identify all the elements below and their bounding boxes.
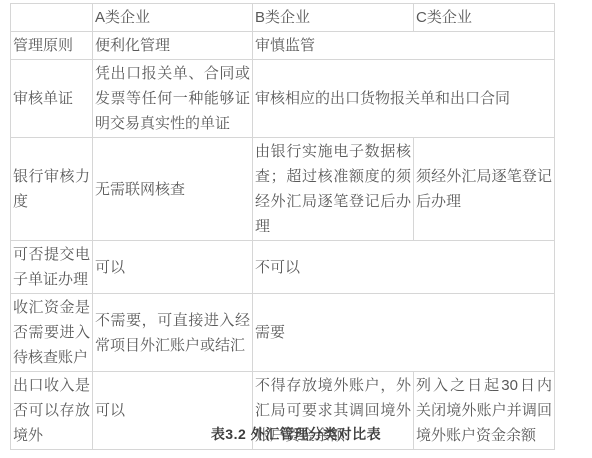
table-row-electronic-documents: 可否提交电子单证办理 可以 不可以	[11, 241, 555, 294]
cell-a: 可以	[93, 241, 253, 294]
row-label: 管理原则	[11, 32, 93, 60]
forex-management-comparison-table: A类企业 B类企业 C类企业 管理原则 便利化管理 审慎监管 审核单证 凭出口报…	[10, 3, 555, 450]
column-header-c: C类企业	[414, 4, 555, 32]
table-row-bank-review-strength: 银行审核力度 无需联网核查 由银行实施电子数据核查；超过核准额度的须经外汇局逐笔…	[11, 138, 555, 241]
cell-a: 不需要，可直接进入经常项目外汇账户或结汇	[93, 294, 253, 372]
cell-a: 便利化管理	[93, 32, 253, 60]
document-page: A类企业 B类企业 C类企业 管理原则 便利化管理 审慎监管 审核单证 凭出口报…	[0, 0, 592, 458]
cell-b-c-merged: 不可以	[253, 241, 555, 294]
table-row-pending-verification-account: 收汇资金是否需要进入待核查账户 不需要，可直接进入经常项目外汇账户或结汇 需要	[11, 294, 555, 372]
table-caption: 表3.2 外汇管理分类对比表	[0, 424, 592, 444]
cell-b-c-merged: 需要	[253, 294, 555, 372]
table-row-management-principle: 管理原则 便利化管理 审慎监管	[11, 32, 555, 60]
cell-b: 由银行实施电子数据核查；超过核准额度的须经外汇局逐笔登记后办理	[253, 138, 414, 241]
column-header-b: B类企业	[253, 4, 414, 32]
row-label: 收汇资金是否需要进入待核查账户	[11, 294, 93, 372]
cell-b-c-merged: 审核相应的出口货物报关单和出口合同	[253, 60, 555, 138]
column-header-a: A类企业	[93, 4, 253, 32]
cell-c: 须经外汇局逐笔登记后办理	[414, 138, 555, 241]
row-label: 审核单证	[11, 60, 93, 138]
corner-cell	[11, 4, 93, 32]
cell-a: 无需联网核查	[93, 138, 253, 241]
header-row: A类企业 B类企业 C类企业	[11, 4, 555, 32]
row-label: 可否提交电子单证办理	[11, 241, 93, 294]
cell-a: 凭出口报关单、合同或发票等任何一种能够证明交易真实性的单证	[93, 60, 253, 138]
table-row-audit-documents: 审核单证 凭出口报关单、合同或发票等任何一种能够证明交易真实性的单证 审核相应的…	[11, 60, 555, 138]
cell-b-c-merged: 审慎监管	[253, 32, 555, 60]
row-label: 银行审核力度	[11, 138, 93, 241]
